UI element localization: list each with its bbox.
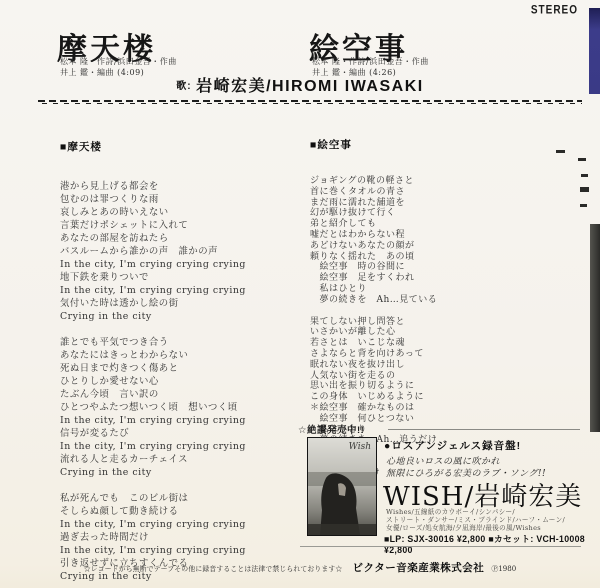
lyric-line: あどけないあなたの顔が — [310, 241, 437, 252]
artist-line: 歌: 岩崎宏美/HIROMI IWASAKI — [0, 73, 600, 96]
lyric-line: たぶん今頃 言い訳の — [60, 388, 246, 401]
lyric-line: In the city, I'm crying crying crying — [60, 440, 246, 453]
lyric-line: バスルームから誰かの声 誰かの声 — [60, 245, 246, 258]
cover-wish-script: Wish — [349, 442, 371, 452]
credit-line: 松本 隆・作詩/浜田金吾・作曲 — [60, 57, 177, 66]
lyric-line: 私が死んでも このビル街は — [60, 492, 246, 505]
lyric-line: さよならと背を向けあって — [310, 349, 437, 360]
edge-mark — [580, 204, 587, 207]
ad-banner-rule — [388, 429, 580, 430]
album-cover-thumbnail: Wish — [307, 437, 377, 536]
lyric-line: 夢の続きを Ah…見ている — [310, 295, 437, 306]
ad-banner: ☆絶讃発売中!! — [298, 422, 364, 436]
lyric-line: 絵空事 時の谷間に — [310, 262, 437, 273]
footer: ☆レコードから無断でテープその他に録音することは法律で禁じられております☆ ビク… — [0, 556, 600, 575]
lyric-line: あなたにはきっとわからない — [60, 349, 246, 362]
lyric-line: In the city, I'm crying crying crying — [60, 414, 246, 427]
lyric-line: Crying in the city — [60, 466, 246, 479]
track-list-line: ストリート・ダンサー/ミス・ブラインド/ハーフ・ムーン/ — [386, 516, 565, 524]
lyric-line: In the city, I'm crying crying crying — [60, 258, 246, 271]
record-sleeve-back: { "stereo_label": "STEREO", "header": { … — [0, 0, 600, 588]
lyric-line: この身体 いじめるように — [310, 392, 437, 403]
lyric-line: 哀しみとあの時いえない — [60, 206, 246, 219]
lyric-line: 思い出を振り切るように — [310, 381, 437, 392]
phonogram-year: Ⓟ1980 — [491, 565, 516, 573]
lyric-line: 人気ない街を走るの — [310, 371, 437, 382]
lyric-line: Crying in the city — [60, 310, 246, 323]
lyric-line: 絵空事 足をすくわれ — [310, 273, 437, 284]
lyrics-section-title: ■絵空事 — [310, 137, 437, 152]
lyric-line — [310, 306, 437, 317]
lyric-line: 言葉だけポシェットに入れて — [60, 219, 246, 232]
lyric-line: そしらぬ顔して動き続ける — [60, 505, 246, 518]
lyric-line — [60, 479, 246, 492]
lyric-line: 私はひとり — [310, 284, 437, 295]
artist-name: 岩崎宏美/HIROMI IWASAKI — [196, 78, 424, 95]
lyric-line: 頼りなく揺れた あの頃 — [310, 252, 437, 263]
lyric-line: 弟と紹介しても — [310, 219, 437, 230]
edge-mark — [580, 187, 589, 192]
lyric-line: まだ雨に濡れた舗道を — [310, 198, 437, 209]
lyric-line: 幻が駆け抜けて行く — [310, 208, 437, 219]
lyric-line: 包むのは罪つくりな雨 — [60, 193, 246, 206]
album-cover-art — [308, 438, 376, 535]
credit-line: 松本 隆・作詩/浜田金吾・作曲 — [312, 57, 429, 66]
track-list-line: Wishes/五線紙のカウボーイ/シンパシー/ — [386, 508, 515, 516]
lyric-line: あなたの部屋を訪ねたら — [60, 232, 246, 245]
lyric-line: 眠れない夜を抜け出し — [310, 360, 437, 371]
lyric-line: いさかいが離した心 — [310, 327, 437, 338]
lyric-line: In the city, I'm crying crying crying — [60, 518, 246, 531]
edge-blue-stripe — [589, 8, 600, 94]
lyric-line: 首に巻くタオルの青さ — [310, 187, 437, 198]
lyric-line: 信号が変るたび — [60, 427, 246, 440]
lyric-line — [60, 323, 246, 336]
lyric-line: 嘘だとはわからない程 — [310, 230, 437, 241]
lyric-line: 地下鉄を乗りついで — [60, 271, 246, 284]
lyric-line: 過ぎ去った時間だけ — [60, 531, 246, 544]
record-company-name: ビクター音楽産業株式会社 — [352, 562, 484, 574]
edge-mark — [556, 150, 565, 153]
ad-bottom-rule — [300, 546, 581, 547]
lyric-line: ひとりしか愛せない心 — [60, 375, 246, 388]
lyric-line: In the city, I'm crying crying crying — [60, 284, 246, 297]
artist-prefix: 歌: — [176, 81, 191, 92]
lyric-line: 果てしない押し問答と — [310, 317, 437, 328]
ad-catalog-numbers: ■LP: SJX-30016 ¥2,800 ■カセット: VCH-10008 ¥… — [384, 532, 600, 555]
edge-mark — [578, 158, 586, 161]
edge-dark-stripe — [590, 224, 600, 432]
lyric-line: 流れる人と走るカーチェイス — [60, 453, 246, 466]
dashed-divider — [38, 100, 582, 104]
lyric-line: 死ぬ日まで灼きつく傷あと — [60, 362, 246, 375]
lyrics-section-title: ■摩天楼 — [60, 139, 246, 154]
lyrics-column-matenrou: ■摩天楼 港から見上げる都会を包むのは罪つくりな雨哀しみとあの時いえない言葉だけ… — [60, 117, 246, 588]
lyric-line: 港から見上げる都会を — [60, 180, 246, 193]
stereo-label: STEREO — [531, 4, 578, 17]
lyric-line: 気付いた時は透かし絵の街 — [60, 297, 246, 310]
lyric-line: 誰とでも平気でつき合う — [60, 336, 246, 349]
lyric-line: 若さとは いこじな魂 — [310, 338, 437, 349]
lyric-line: ひとつやふたつ想いつく頃 想いつく頃 — [60, 401, 246, 414]
copyright-notice: ☆レコードから無断でテープその他に録音することは法律で禁じられております☆ — [84, 565, 343, 573]
ad-track-list: Wishes/五線紙のカウボーイ/シンパシー/ストリート・ダンサー/ミス・ブライ… — [386, 508, 565, 533]
edge-mark — [581, 174, 588, 177]
lyric-line: ＊絵空事 確かなものは — [310, 403, 437, 414]
lyrics-lines: 港から見上げる都会を包むのは罪つくりな雨哀しみとあの時いえない言葉だけポシェット… — [60, 180, 246, 583]
lyric-line: ジョギングの靴の軽さと — [310, 176, 437, 187]
ad-headline: ●ロスアンジェルス録音盤! — [384, 438, 521, 453]
